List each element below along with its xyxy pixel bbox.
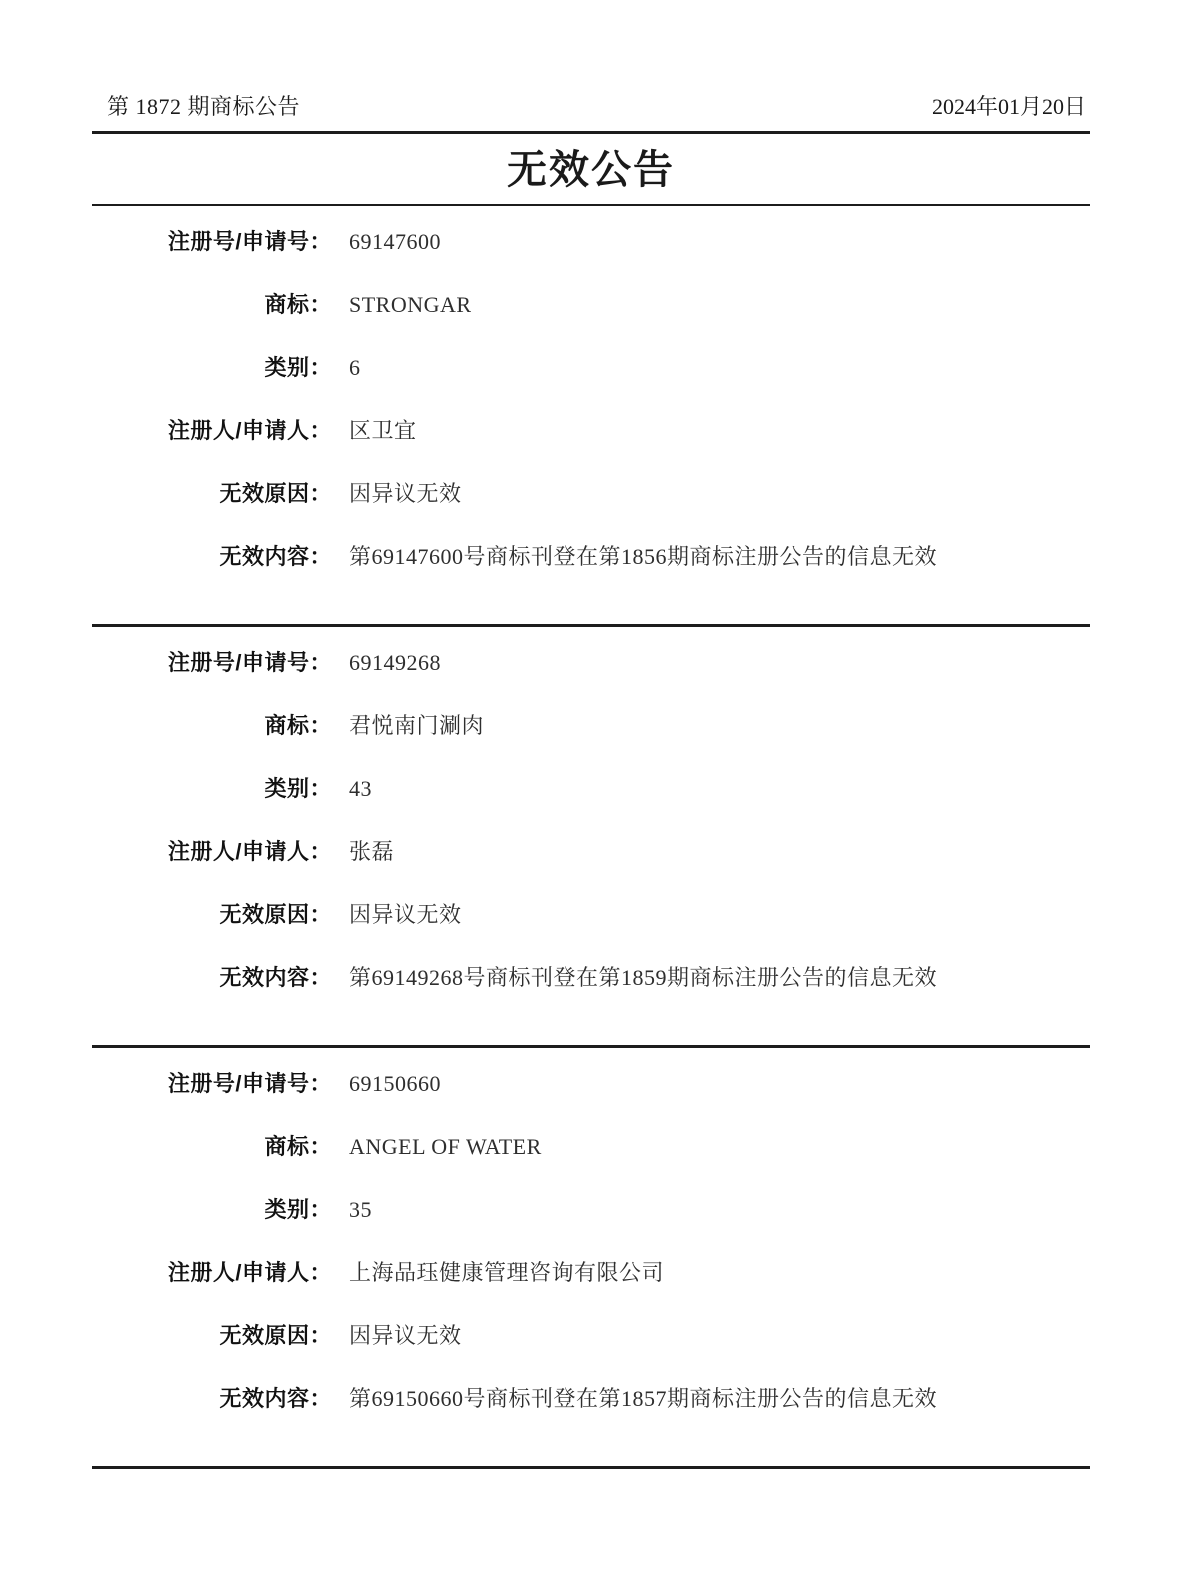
category-value: 43 — [349, 774, 1090, 804]
page-bottom-rule — [92, 1466, 1090, 1469]
reg-no-label: 注册号/申请号： — [92, 227, 332, 257]
registrant-value: 区卫宜 — [349, 416, 1090, 446]
field-row-invalid-content: 无效内容： 第69149268号商标刊登在第1859期商标注册公告的信息无效 — [92, 963, 1090, 1026]
invalid-reason-label: 无效原因： — [92, 900, 332, 930]
trademark-value: 君悦南门涮肉 — [349, 711, 1090, 741]
field-row-trademark: 商标： STRONGAR — [92, 290, 1090, 353]
field-row-reg-no: 注册号/申请号： 69150660 — [92, 1069, 1090, 1132]
field-row-reg-no: 注册号/申请号： 69149268 — [92, 648, 1090, 711]
gazette-page: 第 1872 期商标公告 2024年01月20日 无效公告 注册号/申请号： 6… — [0, 0, 1190, 1586]
trademark-record: 注册号/申请号： 69149268 商标： 君悦南门涮肉 类别： 43 注册人/… — [92, 627, 1090, 1045]
invalid-content-value: 第69150660号商标刊登在第1857期商标注册公告的信息无效 — [349, 1384, 1090, 1414]
page-header: 第 1872 期商标公告 2024年01月20日 — [92, 0, 1090, 122]
reg-no-value: 69149268 — [349, 648, 1090, 678]
category-value: 6 — [349, 353, 1090, 383]
category-label: 类别： — [92, 774, 332, 804]
category-label: 类别： — [92, 1195, 332, 1225]
trademark-label: 商标： — [92, 711, 332, 741]
field-row-invalid-content: 无效内容： 第69150660号商标刊登在第1857期商标注册公告的信息无效 — [92, 1384, 1090, 1447]
trademark-record: 注册号/申请号： 69147600 商标： STRONGAR 类别： 6 注册人… — [92, 206, 1090, 624]
invalid-reason-value: 因异议无效 — [349, 479, 1090, 509]
registrant-label: 注册人/申请人： — [92, 837, 332, 867]
gazette-date-label: 2024年01月20日 — [932, 92, 1090, 122]
trademark-value: ANGEL OF WATER — [349, 1132, 1090, 1162]
field-row-invalid-content: 无效内容： 第69147600号商标刊登在第1856期商标注册公告的信息无效 — [92, 542, 1090, 605]
trademark-value: STRONGAR — [349, 290, 1090, 320]
field-row-reg-no: 注册号/申请号： 69147600 — [92, 227, 1090, 290]
invalid-reason-value: 因异议无效 — [349, 1321, 1090, 1351]
gazette-issue-label: 第 1872 期商标公告 — [92, 92, 300, 122]
category-label: 类别： — [92, 353, 332, 383]
field-row-registrant: 注册人/申请人： 上海品珏健康管理咨询有限公司 — [92, 1258, 1090, 1321]
reg-no-label: 注册号/申请号： — [92, 648, 332, 678]
invalid-reason-label: 无效原因： — [92, 479, 332, 509]
field-row-trademark: 商标： 君悦南门涮肉 — [92, 711, 1090, 774]
registrant-value: 上海品珏健康管理咨询有限公司 — [349, 1258, 1090, 1288]
invalid-content-value: 第69147600号商标刊登在第1856期商标注册公告的信息无效 — [349, 542, 1090, 572]
reg-no-value: 69150660 — [349, 1069, 1090, 1099]
field-row-invalid-reason: 无效原因： 因异议无效 — [92, 900, 1090, 963]
page-content: 第 1872 期商标公告 2024年01月20日 无效公告 注册号/申请号： 6… — [92, 0, 1090, 1469]
invalid-content-label: 无效内容： — [92, 542, 332, 572]
reg-no-label: 注册号/申请号： — [92, 1069, 332, 1099]
invalid-content-value: 第69149268号商标刊登在第1859期商标注册公告的信息无效 — [349, 963, 1090, 993]
field-row-invalid-reason: 无效原因： 因异议无效 — [92, 1321, 1090, 1384]
registrant-label: 注册人/申请人： — [92, 1258, 332, 1288]
trademark-label: 商标： — [92, 1132, 332, 1162]
registrant-value: 张磊 — [349, 837, 1090, 867]
trademark-record: 注册号/申请号： 69150660 商标： ANGEL OF WATER 类别：… — [92, 1048, 1090, 1466]
registrant-label: 注册人/申请人： — [92, 416, 332, 446]
field-row-registrant: 注册人/申请人： 区卫宜 — [92, 416, 1090, 479]
field-row-trademark: 商标： ANGEL OF WATER — [92, 1132, 1090, 1195]
category-value: 35 — [349, 1195, 1090, 1225]
reg-no-value: 69147600 — [349, 227, 1090, 257]
field-row-category: 类别： 35 — [92, 1195, 1090, 1258]
field-row-invalid-reason: 无效原因： 因异议无效 — [92, 479, 1090, 542]
trademark-label: 商标： — [92, 290, 332, 320]
invalid-reason-value: 因异议无效 — [349, 900, 1090, 930]
field-row-category: 类别： 43 — [92, 774, 1090, 837]
invalid-content-label: 无效内容： — [92, 1384, 332, 1414]
invalid-content-label: 无效内容： — [92, 963, 332, 993]
field-row-category: 类别： 6 — [92, 353, 1090, 416]
page-title: 无效公告 — [92, 134, 1090, 204]
field-row-registrant: 注册人/申请人： 张磊 — [92, 837, 1090, 900]
invalid-reason-label: 无效原因： — [92, 1321, 332, 1351]
